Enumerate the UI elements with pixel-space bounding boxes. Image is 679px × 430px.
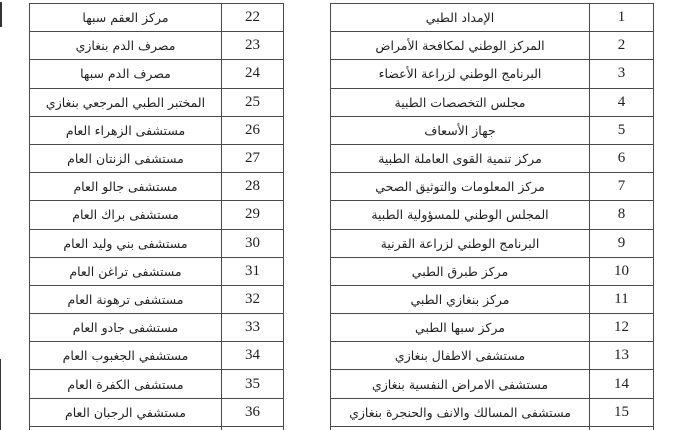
row-number-cell: 13: [590, 342, 654, 370]
row-number-cell: 30: [222, 229, 284, 257]
table-row: 25المختبر الطبي المرجعي بنغازي: [30, 88, 284, 116]
table-row: 34مستشفي الجغبوب العام: [30, 342, 284, 370]
entity-name-cell: مركز المعلومات والتوثيق الصحي: [331, 173, 590, 201]
table-row: 29مستشفى براك العام: [30, 201, 284, 229]
right-institutions-table: 1الإمداد الطبي2المركز الوطني لمكافحة الأ…: [330, 3, 654, 430]
table-row: 8المجلس الوطني للمسؤولية الطبية: [331, 201, 654, 229]
row-number-cell: 35: [222, 370, 284, 398]
entity-name-cell: المجلس الوطني للمسؤولية الطبية: [331, 201, 590, 229]
row-number-cell: 32: [222, 285, 284, 313]
entity-name-cell: مستشفي الجغبوب العام: [30, 342, 222, 370]
table-row: 28مستشفى جالو العام: [30, 173, 284, 201]
entity-name-cell: مستشفى جالو العام: [30, 173, 222, 201]
row-number-cell: 29: [222, 201, 284, 229]
table-row: 4مجلس التخصصات الطبية: [331, 88, 654, 116]
row-number-cell: 15: [590, 398, 654, 426]
entity-name-cell: مركز تنمية القوى العاملة الطبية: [331, 144, 590, 172]
row-number-cell: 2: [590, 32, 654, 60]
table-row: 27مستشفى الزنتان العام: [30, 144, 284, 172]
entity-name-cell: مستشفى الزهراء العام: [30, 116, 222, 144]
entity-name-cell: [30, 426, 222, 430]
table-row: 23مصرف الدم بنغازي: [30, 32, 284, 60]
row-number-cell: 25: [222, 88, 284, 116]
row-number-cell: 27: [222, 144, 284, 172]
entity-name-cell: مستشفى جادو العام: [30, 314, 222, 342]
table-row: 6مركز تنمية القوى العاملة الطبية: [331, 144, 654, 172]
row-number-cell: 1: [590, 4, 654, 32]
row-number-cell: 14: [590, 370, 654, 398]
table-row: 9البرنامج الوطني لزراعة القرنية: [331, 229, 654, 257]
entity-name-cell: مصرف الدم سبها: [30, 60, 222, 88]
table-row: 7مركز المعلومات والتوثيق الصحي: [331, 173, 654, 201]
cut-column-border-top-segment: [0, 2, 2, 27]
table-row: 24مصرف الدم سبها: [30, 60, 284, 88]
row-number-cell: 7: [590, 173, 654, 201]
row-number-cell: 33: [222, 314, 284, 342]
table-row: 31مستشفى تراغن العام: [30, 257, 284, 285]
table-row: 10مركز طبرق الطبي: [331, 257, 654, 285]
table-row: 1الإمداد الطبي: [331, 4, 654, 32]
entity-name-cell: مصرف الدم بنغازي: [30, 32, 222, 60]
row-number-cell: 26: [222, 116, 284, 144]
row-number-cell: 9: [590, 229, 654, 257]
entity-name-cell: جهاز الأسعاف: [331, 116, 590, 144]
entity-name-cell: مستشفى الاطفال بنغازي: [331, 342, 590, 370]
row-number-cell: 12: [590, 314, 654, 342]
cut-off-row: [331, 426, 654, 430]
row-number-cell: 5: [590, 116, 654, 144]
table-row: 14مستشفى الامراض النفسية بنغازي: [331, 370, 654, 398]
row-number-cell: [222, 426, 284, 430]
row-number-cell: 24: [222, 60, 284, 88]
entity-name-cell: المركز الوطني لمكافحة الأمراض: [331, 32, 590, 60]
row-number-cell: 23: [222, 32, 284, 60]
entity-name-cell: مركز بنغازي الطبي: [331, 285, 590, 313]
entity-name-cell: مستشفى ترهونة العام: [30, 285, 222, 313]
table-row: 3البرنامج الوطني لزراعة الأعضاء: [331, 60, 654, 88]
entity-name-cell: مركز طبرق الطبي: [331, 257, 590, 285]
entity-name-cell: الإمداد الطبي: [331, 4, 590, 32]
row-number-cell: 36: [222, 398, 284, 426]
table-row: 33مستشفى جادو العام: [30, 314, 284, 342]
entity-name-cell: المختبر الطبي المرجعي بنغازي: [30, 88, 222, 116]
row-number-cell: 22: [222, 4, 284, 32]
row-number-cell: [590, 426, 654, 430]
table-row: 5جهاز الأسعاف: [331, 116, 654, 144]
entity-name-cell: مجلس التخصصات الطبية: [331, 88, 590, 116]
table-row: 15مستشفى المسالك والانف والحنجرة بنغازي: [331, 398, 654, 426]
table-row: 26مستشفى الزهراء العام: [30, 116, 284, 144]
entity-name-cell: البرنامج الوطني لزراعة القرنية: [331, 229, 590, 257]
left-institutions-table: 22مركز العقم سبها23مصرف الدم بنغازي24مصر…: [29, 3, 284, 430]
row-number-cell: 10: [590, 257, 654, 285]
document-page: 22مركز العقم سبها23مصرف الدم بنغازي24مصر…: [0, 0, 679, 430]
row-number-cell: 3: [590, 60, 654, 88]
entity-name-cell: مستشفى الكفرة العام: [30, 370, 222, 398]
entity-name-cell: مستشفى تراغن العام: [30, 257, 222, 285]
row-number-cell: 34: [222, 342, 284, 370]
entity-name-cell: مستشفى براك العام: [30, 201, 222, 229]
table-row: 13مستشفى الاطفال بنغازي: [331, 342, 654, 370]
table-row: 2المركز الوطني لمكافحة الأمراض: [331, 32, 654, 60]
entity-name-cell: مستشفى الامراض النفسية بنغازي: [331, 370, 590, 398]
table-row: 12مركز سبها الطبي: [331, 314, 654, 342]
table-row: 32مستشفى ترهونة العام: [30, 285, 284, 313]
cut-off-row: [30, 426, 284, 430]
entity-name-cell: مستشفى المسالك والانف والحنجرة بنغازي: [331, 398, 590, 426]
table-row: 22مركز العقم سبها: [30, 4, 284, 32]
row-number-cell: 31: [222, 257, 284, 285]
row-number-cell: 8: [590, 201, 654, 229]
entity-name-cell: البرنامج الوطني لزراعة الأعضاء: [331, 60, 590, 88]
entity-name-cell: مستشفى الزنتان العام: [30, 144, 222, 172]
entity-name-cell: مستشفي الرجبان العام: [30, 398, 222, 426]
row-number-cell: 11: [590, 285, 654, 313]
row-number-cell: 28: [222, 173, 284, 201]
row-number-cell: 6: [590, 144, 654, 172]
row-number-cell: 4: [590, 88, 654, 116]
table-row: 35مستشفى الكفرة العام: [30, 370, 284, 398]
table-row: 11مركز بنغازي الطبي: [331, 285, 654, 313]
entity-name-cell: مركز سبها الطبي: [331, 314, 590, 342]
table-row: 36مستشفي الرجبان العام: [30, 398, 284, 426]
table-row: 30مستشفى بني وليد العام: [30, 229, 284, 257]
entity-name-cell: [331, 426, 590, 430]
entity-name-cell: مستشفى بني وليد العام: [30, 229, 222, 257]
entity-name-cell: مركز العقم سبها: [30, 4, 222, 32]
cut-column-border-bottom-segment: [0, 359, 1, 430]
